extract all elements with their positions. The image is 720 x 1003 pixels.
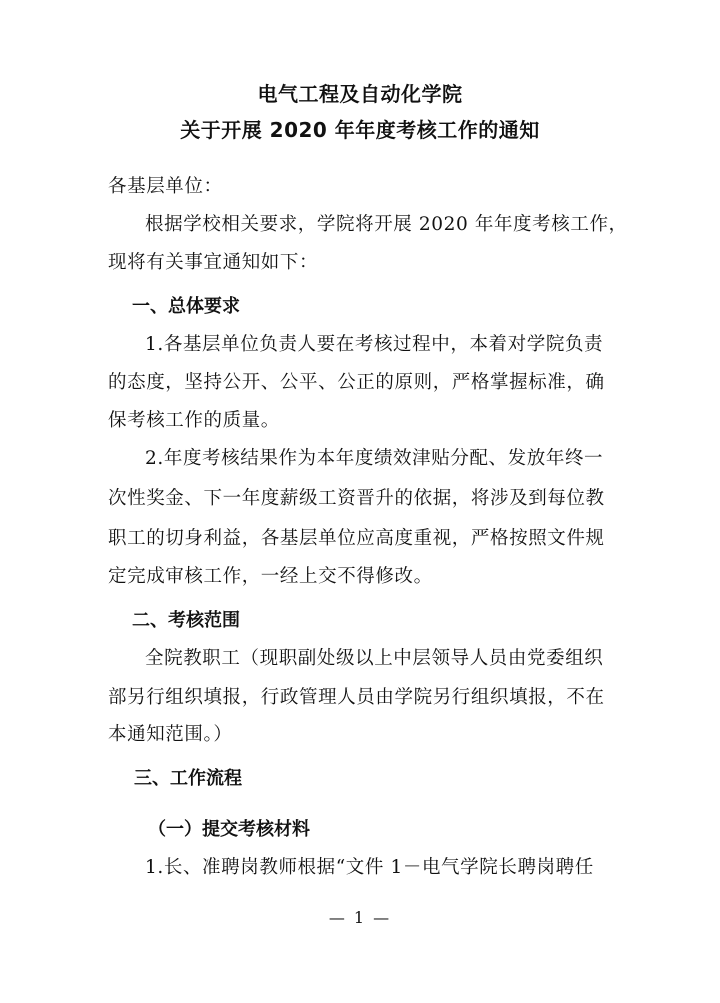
section3-heading: 三、工作流程: [134, 764, 242, 790]
section1-item1-line1: 1.各基层单位负责人要在考核过程中，本着对学院负责: [145, 330, 603, 356]
section1-item1-line3: 保考核工作的质量。: [108, 406, 280, 432]
section1-item1-line2: 的态度，坚持公开、公平、公正的原则，严格掌握标准，确: [108, 368, 605, 394]
page-number: — 1 —: [0, 908, 720, 927]
intro-line-2: 现将有关事宜通知如下：: [108, 248, 318, 274]
salutation: 各基层单位：: [108, 172, 223, 198]
section3-item1-line1: 1.长、准聘岗教师根据“文件 1－电气学院长聘岗聘任: [145, 853, 594, 879]
section1-item2-line4: 定完成审核工作，一经上交不得修改。: [108, 562, 433, 588]
section1-item2-line1: 2.年度考核结果作为本年度绩效津贴分配、发放年终一: [145, 444, 603, 470]
section2-heading: 二、考核范围: [132, 606, 240, 632]
section1-item2-line2: 次性奖金、下一年度薪级工资晋升的依据，将涉及到每位教: [108, 484, 605, 510]
document-page: 电气工程及自动化学院 关于开展 2020 年年度考核工作的通知 各基层单位： 根…: [0, 0, 720, 1003]
intro-line-1: 根据学校相关要求，学院将开展 2020 年年度考核工作，: [145, 210, 628, 236]
section2-body-line2: 部另行组织填报，行政管理人员由学院另行组织填报，不在: [108, 683, 605, 709]
document-title-line1: 电气工程及自动化学院: [0, 78, 720, 107]
section1-heading: 一、总体要求: [132, 292, 240, 318]
document-title-line2: 关于开展 2020 年年度考核工作的通知: [0, 114, 720, 143]
section1-item2-line3: 职工的切身利益，各基层单位应高度重视，严格按照文件规: [108, 524, 605, 550]
section2-body-line3: 本通知范围。）: [108, 720, 232, 746]
section3-subheading: （一）提交考核材料: [148, 815, 310, 841]
section2-body-line1: 全院教职工（现职副处级以上中层领导人员由党委组织: [145, 644, 603, 670]
